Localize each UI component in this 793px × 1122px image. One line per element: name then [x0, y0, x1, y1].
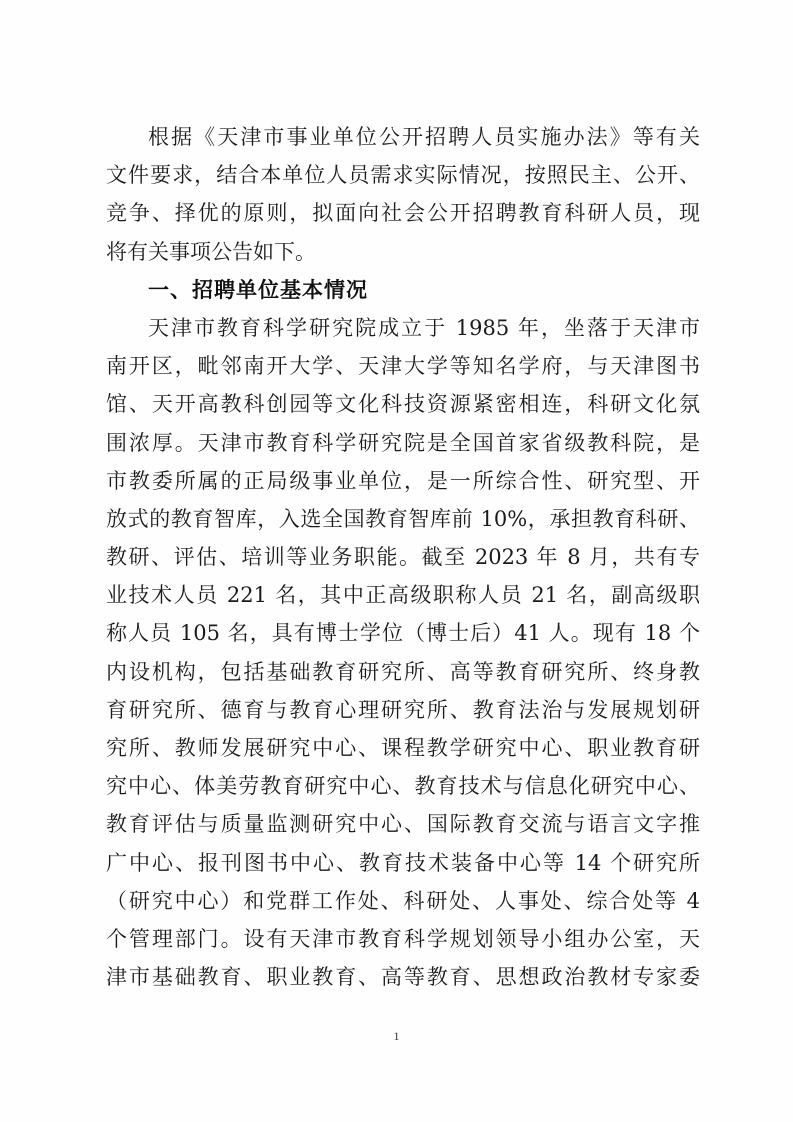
section-heading: 一、招聘单位基本情况	[106, 271, 742, 309]
text-line: 放式的教育智库，入选全国教育智库前 10%，承担教育科研、	[106, 500, 700, 538]
text-line: 称人员 105 名，具有博士学位（博士后）41 人。现有 18 个	[106, 614, 700, 652]
document-body: 根据《天津市事业单位公开招聘人员实施办法》等有关 文件要求，结合本单位人员需求实…	[106, 118, 706, 996]
text-line: 育研究所、德育与教育心理研究所、教育法治与发展规划研	[106, 691, 700, 729]
text-line: 围浓厚。天津市教育科学研究院是全国首家省级教科院，是	[106, 424, 700, 462]
text-line: 文件要求，结合本单位人员需求实际情况，按照民主、公开、	[106, 156, 700, 194]
document-page: 根据《天津市事业单位公开招聘人员实施办法》等有关 文件要求，结合本单位人员需求实…	[0, 0, 793, 1122]
text-line: 市教委所属的正局级事业单位，是一所综合性、研究型、开	[106, 462, 700, 500]
text-line: 将有关事项公告如下。	[106, 233, 700, 271]
text-line: （研究中心）和党群工作处、科研处、人事处、综合处等 4	[106, 882, 700, 920]
text-line: 天津市教育科学研究院成立于 1985 年，坐落于天津市	[106, 309, 700, 347]
text-line: 教育评估与质量监测研究中心、国际教育交流与语言文字推	[106, 805, 700, 843]
body-paragraph: 天津市教育科学研究院成立于 1985 年，坐落于天津市 南开区，毗邻南开大学、天…	[106, 309, 706, 996]
text-line: 津市基础教育、职业教育、高等教育、思想政治教材专家委	[106, 958, 700, 996]
text-line: 业技术人员 221 名，其中正高级职称人员 21 名，副高级职	[106, 576, 700, 614]
text-line: 南开区，毗邻南开大学、天津大学等知名学府，与天津图书	[106, 347, 700, 385]
text-line: 教研、评估、培训等业务职能。截至 2023 年 8 月，共有专	[106, 538, 700, 576]
text-line: 竞争、择优的原则，拟面向社会公开招聘教育科研人员，现	[106, 194, 700, 232]
intro-paragraph: 根据《天津市事业单位公开招聘人员实施办法》等有关 文件要求，结合本单位人员需求实…	[106, 118, 706, 271]
text-line: 个管理部门。设有天津市教育科学规划领导小组办公室，天	[106, 920, 700, 958]
page-number: 1	[0, 1029, 793, 1044]
text-line: 内设机构，包括基础教育研究所、高等教育研究所、终身教	[106, 653, 700, 691]
text-line: 究所、教师发展研究中心、课程教学研究中心、职业教育研	[106, 729, 700, 767]
text-line: 究中心、体美劳教育研究中心、教育技术与信息化研究中心、	[106, 767, 700, 805]
text-line: 广中心、报刊图书中心、教育技术装备中心等 14 个研究所	[106, 844, 700, 882]
text-line: 馆、天开高教科创园等文化科技资源紧密相连，科研文化氛	[106, 385, 700, 423]
text-line: 根据《天津市事业单位公开招聘人员实施办法》等有关	[106, 118, 700, 156]
